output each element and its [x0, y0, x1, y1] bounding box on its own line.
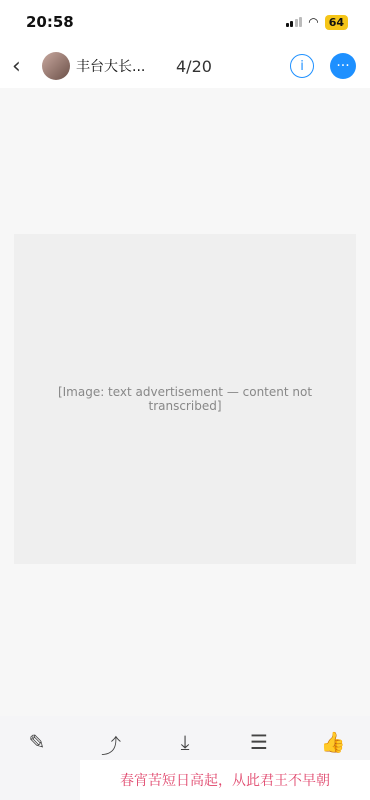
- image-content[interactable]: [Image: text advertisement — content not…: [14, 234, 356, 564]
- signal-icon: [286, 17, 303, 27]
- username[interactable]: 丰台大长...: [76, 56, 166, 76]
- edit-icon[interactable]: ✎: [17, 730, 57, 800]
- image-counter: 4/20: [176, 57, 212, 76]
- battery-indicator: 64: [325, 15, 348, 30]
- wifi-icon: ◠: [308, 15, 318, 29]
- watermark-caption: 春宵苦短日高起，从此君王不早朝: [80, 760, 370, 800]
- status-time: 20:58: [26, 13, 74, 31]
- image-placeholder: [Image: text advertisement — content not…: [34, 385, 336, 413]
- image-viewer: [Image: text advertisement — content not…: [0, 88, 370, 716]
- more-button[interactable]: ···: [330, 53, 356, 79]
- nav-bar: ‹ 丰台大长... 4/20 i ···: [0, 44, 370, 88]
- info-button[interactable]: i: [290, 54, 314, 78]
- back-button[interactable]: ‹: [12, 54, 36, 79]
- status-bar: 20:58 ◠ 64: [0, 0, 370, 44]
- avatar[interactable]: [42, 52, 70, 80]
